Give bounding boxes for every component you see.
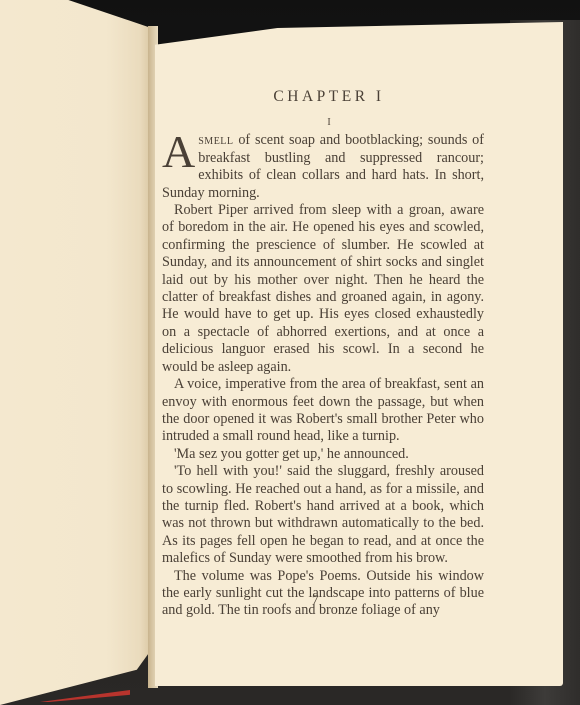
page-text-block: CHAPTER I I Asmell of scent soap and boo… xyxy=(162,88,484,620)
chapter-title: CHAPTER I xyxy=(162,88,484,105)
drop-cap: A xyxy=(162,134,195,170)
paragraph-4: 'Ma sez you gotter get up,' he announced… xyxy=(162,446,484,463)
opening-small-caps: smell xyxy=(198,132,233,148)
section-number: I xyxy=(162,117,484,129)
paragraph-6: The volume was Pope's Poems. Outside his… xyxy=(162,568,484,620)
paragraph-2: Robert Piper arrived from sleep with a g… xyxy=(162,202,484,376)
left-blank-page xyxy=(0,0,152,705)
paragraph-1: Asmell of scent soap and bootblacking; s… xyxy=(162,132,484,202)
page-number: 7 xyxy=(312,592,319,608)
paragraph-5: 'To hell with you!' said the sluggard, f… xyxy=(162,463,484,567)
paragraph-3: A voice, imperative from the area of bre… xyxy=(162,376,484,446)
